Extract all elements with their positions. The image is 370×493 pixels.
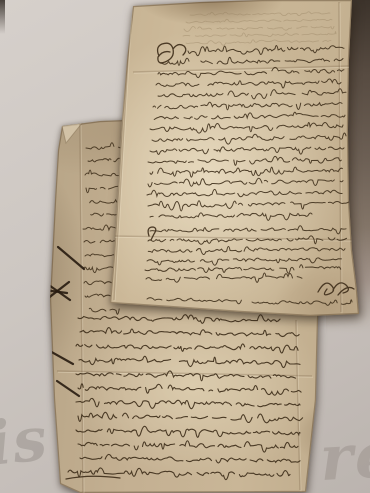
handwriting-line bbox=[188, 46, 344, 56]
handwriting-line bbox=[148, 247, 345, 255]
handwriting-line bbox=[186, 40, 331, 46]
handwriting-line bbox=[150, 167, 342, 177]
upper-manuscript-ink bbox=[0, 0, 370, 493]
handwriting-line bbox=[147, 298, 241, 304]
handwriting-line bbox=[153, 102, 342, 110]
handwriting-line bbox=[150, 147, 344, 154]
handwriting-line bbox=[148, 178, 343, 187]
handwriting-line bbox=[154, 112, 345, 119]
fold-crease-highlight bbox=[115, 9, 132, 301]
handwriting-line bbox=[147, 258, 341, 265]
handwriting-line bbox=[150, 226, 346, 234]
handwriting-line bbox=[160, 57, 343, 65]
initial-capital-flourish bbox=[158, 43, 186, 63]
handwriting-line bbox=[252, 300, 352, 305]
handwriting-block-closing-paragraph bbox=[145, 226, 347, 283]
handwriting-line bbox=[146, 273, 302, 282]
handwriting-line bbox=[145, 265, 341, 274]
handwriting-block-bleed-through-lines bbox=[183, 12, 336, 46]
handwriting-block-dateline bbox=[147, 298, 352, 306]
handwriting-line bbox=[148, 201, 349, 211]
handwriting-line bbox=[158, 89, 346, 99]
handwriting-line bbox=[190, 12, 330, 16]
handwriting-line bbox=[183, 32, 336, 37]
handwriting-line bbox=[150, 122, 343, 133]
handwriting-line bbox=[184, 26, 334, 31]
handwriting-line bbox=[150, 213, 312, 220]
handwriting-line bbox=[156, 79, 341, 88]
handwriting-line bbox=[148, 156, 341, 165]
upper-manuscript-paper bbox=[0, 0, 370, 493]
handwriting-line bbox=[186, 19, 332, 23]
handwriting-line bbox=[152, 133, 346, 144]
signature-flourish bbox=[318, 283, 354, 295]
manuscripts-photo: is re bbox=[0, 0, 370, 493]
fold-crease bbox=[114, 8, 131, 300]
handwriting-line bbox=[147, 189, 342, 196]
upper-manuscript bbox=[0, 0, 370, 493]
